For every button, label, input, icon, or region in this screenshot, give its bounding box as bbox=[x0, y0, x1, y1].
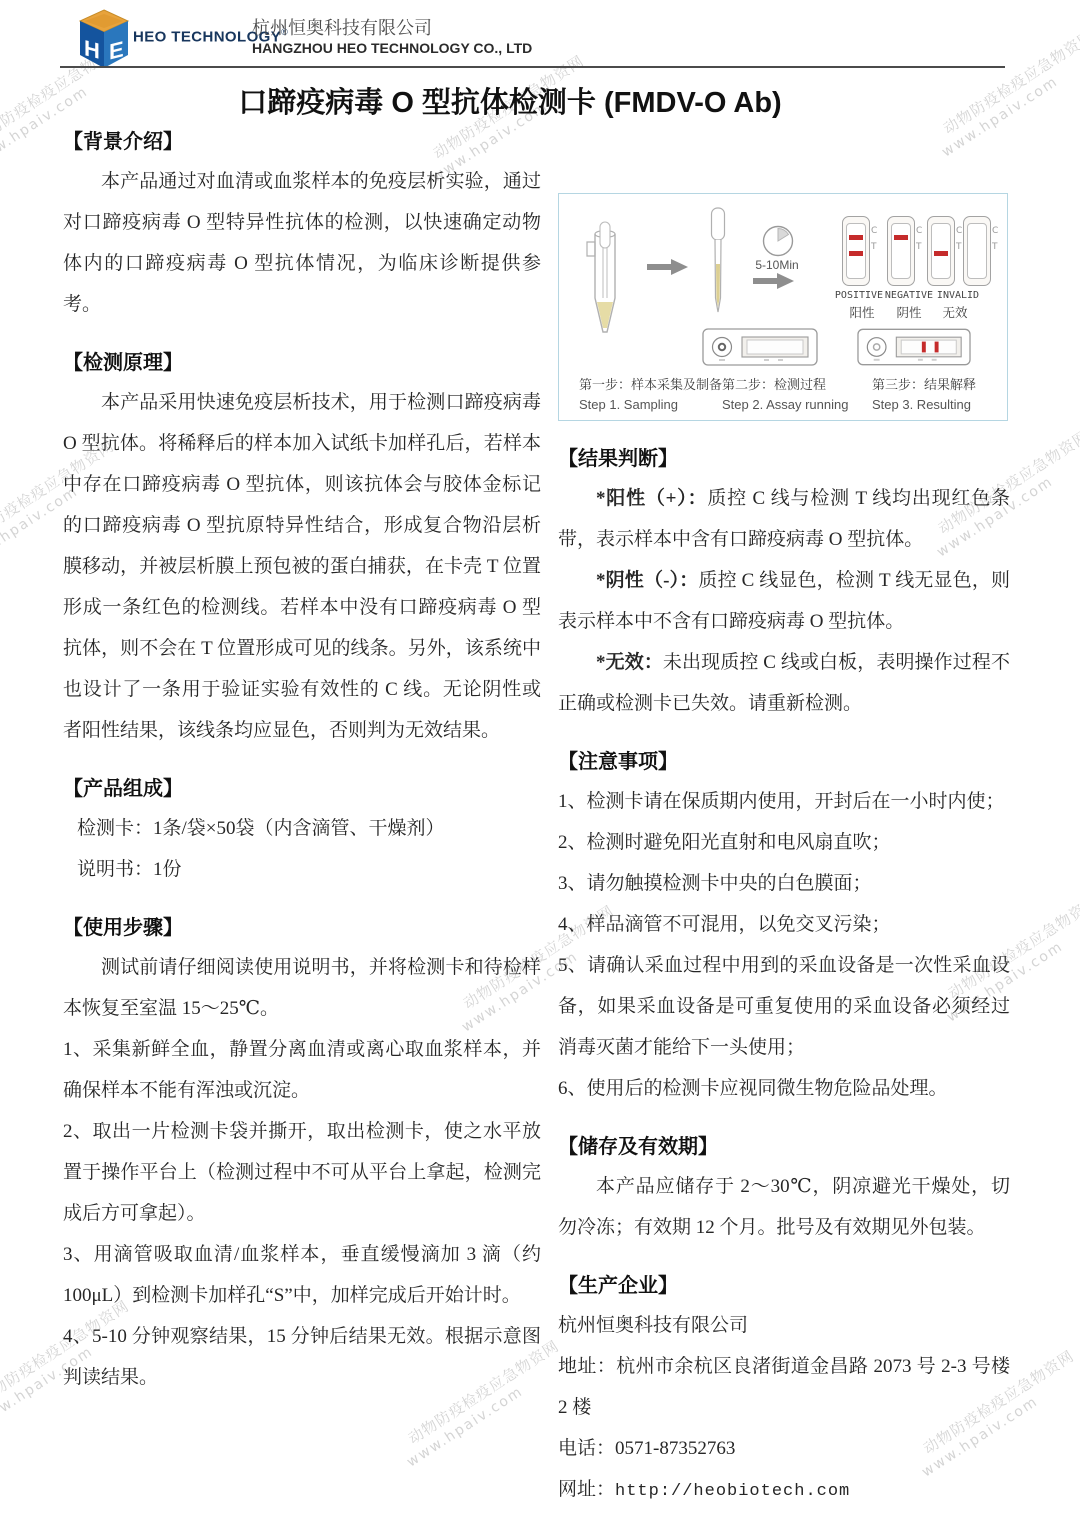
arrow-right-icon bbox=[753, 272, 795, 290]
step-item: 3、用滴管吸取血清/血浆样本，垂直缓慢滴加 3 滴（约 100μL）到检测卡加样… bbox=[63, 1234, 541, 1316]
section-heading-manufacturer: 【生产企业】 bbox=[558, 1272, 1010, 1300]
composition-item: 说明书：1份 bbox=[63, 849, 541, 890]
manufacturer-name: 杭州恒奥科技有限公司 bbox=[558, 1305, 1010, 1346]
arrow-right-icon bbox=[647, 258, 689, 276]
result-label-positive-en: POSITIVE bbox=[835, 290, 883, 301]
section-heading-results: 【结果判断】 bbox=[558, 445, 1010, 473]
procedure-diagram: 5-10Min CT CT bbox=[558, 193, 1008, 421]
section-heading-notes: 【注意事项】 bbox=[558, 748, 1010, 776]
manufacturer-address: 地址：杭州市余杭区良渚街道金昌路 2073 号 2-3 号楼 2 楼 bbox=[558, 1346, 1010, 1428]
company-name-cn: 杭州恒奥科技有限公司 bbox=[252, 14, 432, 40]
result-strip-invalid-blank: CT bbox=[963, 216, 991, 286]
result-item-positive: *阳性（+）：质控 C 线与检测 T 线均出现红色条带，表示样本中含有口蹄疫病毒… bbox=[558, 478, 1010, 560]
result-label-invalid-cn: 无效 bbox=[942, 303, 967, 321]
dropper-icon bbox=[705, 206, 731, 324]
principle-paragraph: 本产品采用快速免疫层析技术，用于检测口蹄疫病毒 O 型抗体。将稀释后的样本加入试… bbox=[63, 382, 541, 751]
diagram-caption-step2: 第二步：检测过程Step 2. Assay running bbox=[722, 375, 848, 415]
composition-item: 检测卡：1条/袋×50袋（内含滴管、干燥剂） bbox=[63, 808, 541, 849]
step-item: 4、5-10 分钟观察结果，15 分钟后结果无效。根据示意图判读结果。 bbox=[63, 1316, 541, 1398]
company-name-en: HANGZHOU HEO TECHNOLOGY CO., LTD bbox=[252, 40, 532, 56]
test-cassette-result-icon bbox=[857, 328, 971, 366]
result-item-negative: *阴性（-）：质控 C 线显色，检测 T 线无显色，则表示样本中不含有口蹄疫病毒… bbox=[558, 560, 1010, 642]
left-column: 【背景介绍】 本产品通过对血清或血浆样本的免疫层析实验，通过对口蹄疫病毒 O 型… bbox=[63, 128, 541, 1398]
storage-paragraph: 本产品应储存于 2～30℃，阴凉避光干燥处，切勿冷冻；有效期 12 个月。批号及… bbox=[558, 1166, 1010, 1248]
note-item: 2、检测时避免阳光直射和电风扇直吹； bbox=[558, 822, 1010, 863]
website-url: http://heobiotech.com bbox=[615, 1482, 850, 1501]
result-label-positive-cn: 阳性 bbox=[849, 303, 874, 321]
note-item: 1、检测卡请在保质期内使用，开封后在一小时内使； bbox=[558, 781, 1010, 822]
svg-text:E: E bbox=[109, 36, 124, 64]
instruction-leaflet-page: 动物防疫检疫应急物资网www.hpaiv.com 动物防疫检疫应急物资网www.… bbox=[0, 0, 1080, 1529]
diagram-caption-step1: 第一步：样本采集及制备Step 1. Sampling bbox=[579, 375, 722, 415]
note-item: 4、样品滴管不可混用，以免交叉污染； bbox=[558, 904, 1010, 945]
manufacturer-phone: 电话：0571-87352763 bbox=[558, 1428, 1010, 1469]
right-column: 5-10Min CT CT bbox=[558, 193, 1010, 1512]
result-strip-invalid-t: CT bbox=[927, 216, 955, 286]
result-strip-negative: CT bbox=[887, 216, 915, 286]
document-title: 口蹄疫病毒 O 型抗体检测卡 (FMDV-O Ab) bbox=[0, 80, 1020, 121]
result-strip-positive: CT bbox=[842, 216, 870, 286]
test-cassette-icon bbox=[702, 328, 818, 366]
section-heading-storage: 【储存及有效期】 bbox=[558, 1133, 1010, 1161]
note-item: 3、请勿触摸检测卡中央的白色膜面； bbox=[558, 863, 1010, 904]
diagram-caption-step3: 第三步：结果解释Step 3. Resulting bbox=[872, 375, 976, 415]
result-label-negative-en: NEGATIVE bbox=[885, 290, 933, 301]
timer-duration-label: 5-10Min bbox=[751, 258, 803, 272]
svg-text:H: H bbox=[84, 35, 100, 64]
header-divider bbox=[60, 66, 1005, 68]
section-heading-background: 【背景介绍】 bbox=[63, 128, 541, 156]
section-heading-composition: 【产品组成】 bbox=[63, 775, 541, 803]
result-item-invalid: *无效：未出现质控 C 线或白板，表明操作过程不正确或检测卡已失效。请重新检测。 bbox=[558, 642, 1010, 724]
result-label-invalid-en: INVALID bbox=[937, 290, 979, 301]
background-paragraph: 本产品通过对血清或血浆样本的免疫层析实验，通过对口蹄疫病毒 O 型特异性抗体的检… bbox=[63, 161, 541, 325]
timer-icon bbox=[761, 224, 795, 258]
note-item: 6、使用后的检测卡应视同微生物危险品处理。 bbox=[558, 1068, 1010, 1109]
steps-intro: 测试前请仔细阅读使用说明书，并将检测卡和待检样本恢复至室温 15～25℃。 bbox=[63, 947, 541, 1029]
sample-tube-icon bbox=[583, 220, 631, 342]
step-item: 1、采集新鲜全血，静置分离血清或离心取血浆样本，并确保样本不能有浑浊或沉淀。 bbox=[63, 1029, 541, 1111]
step-item: 2、取出一片检测卡袋并撕开，取出检测卡，使之水平放置于操作平台上（检测过程中不可… bbox=[63, 1111, 541, 1234]
section-heading-steps: 【使用步骤】 bbox=[63, 914, 541, 942]
manufacturer-website: 网址：http://heobiotech.com bbox=[558, 1469, 1010, 1512]
section-heading-principle: 【检测原理】 bbox=[63, 349, 541, 377]
note-item: 5、请确认采血过程中用到的采血设备是一次性采血设备，如果采血设备是可重复使用的采… bbox=[558, 945, 1010, 1068]
company-logo-cube-icon: H E bbox=[76, 8, 132, 75]
result-label-negative-cn: 阴性 bbox=[896, 303, 921, 321]
